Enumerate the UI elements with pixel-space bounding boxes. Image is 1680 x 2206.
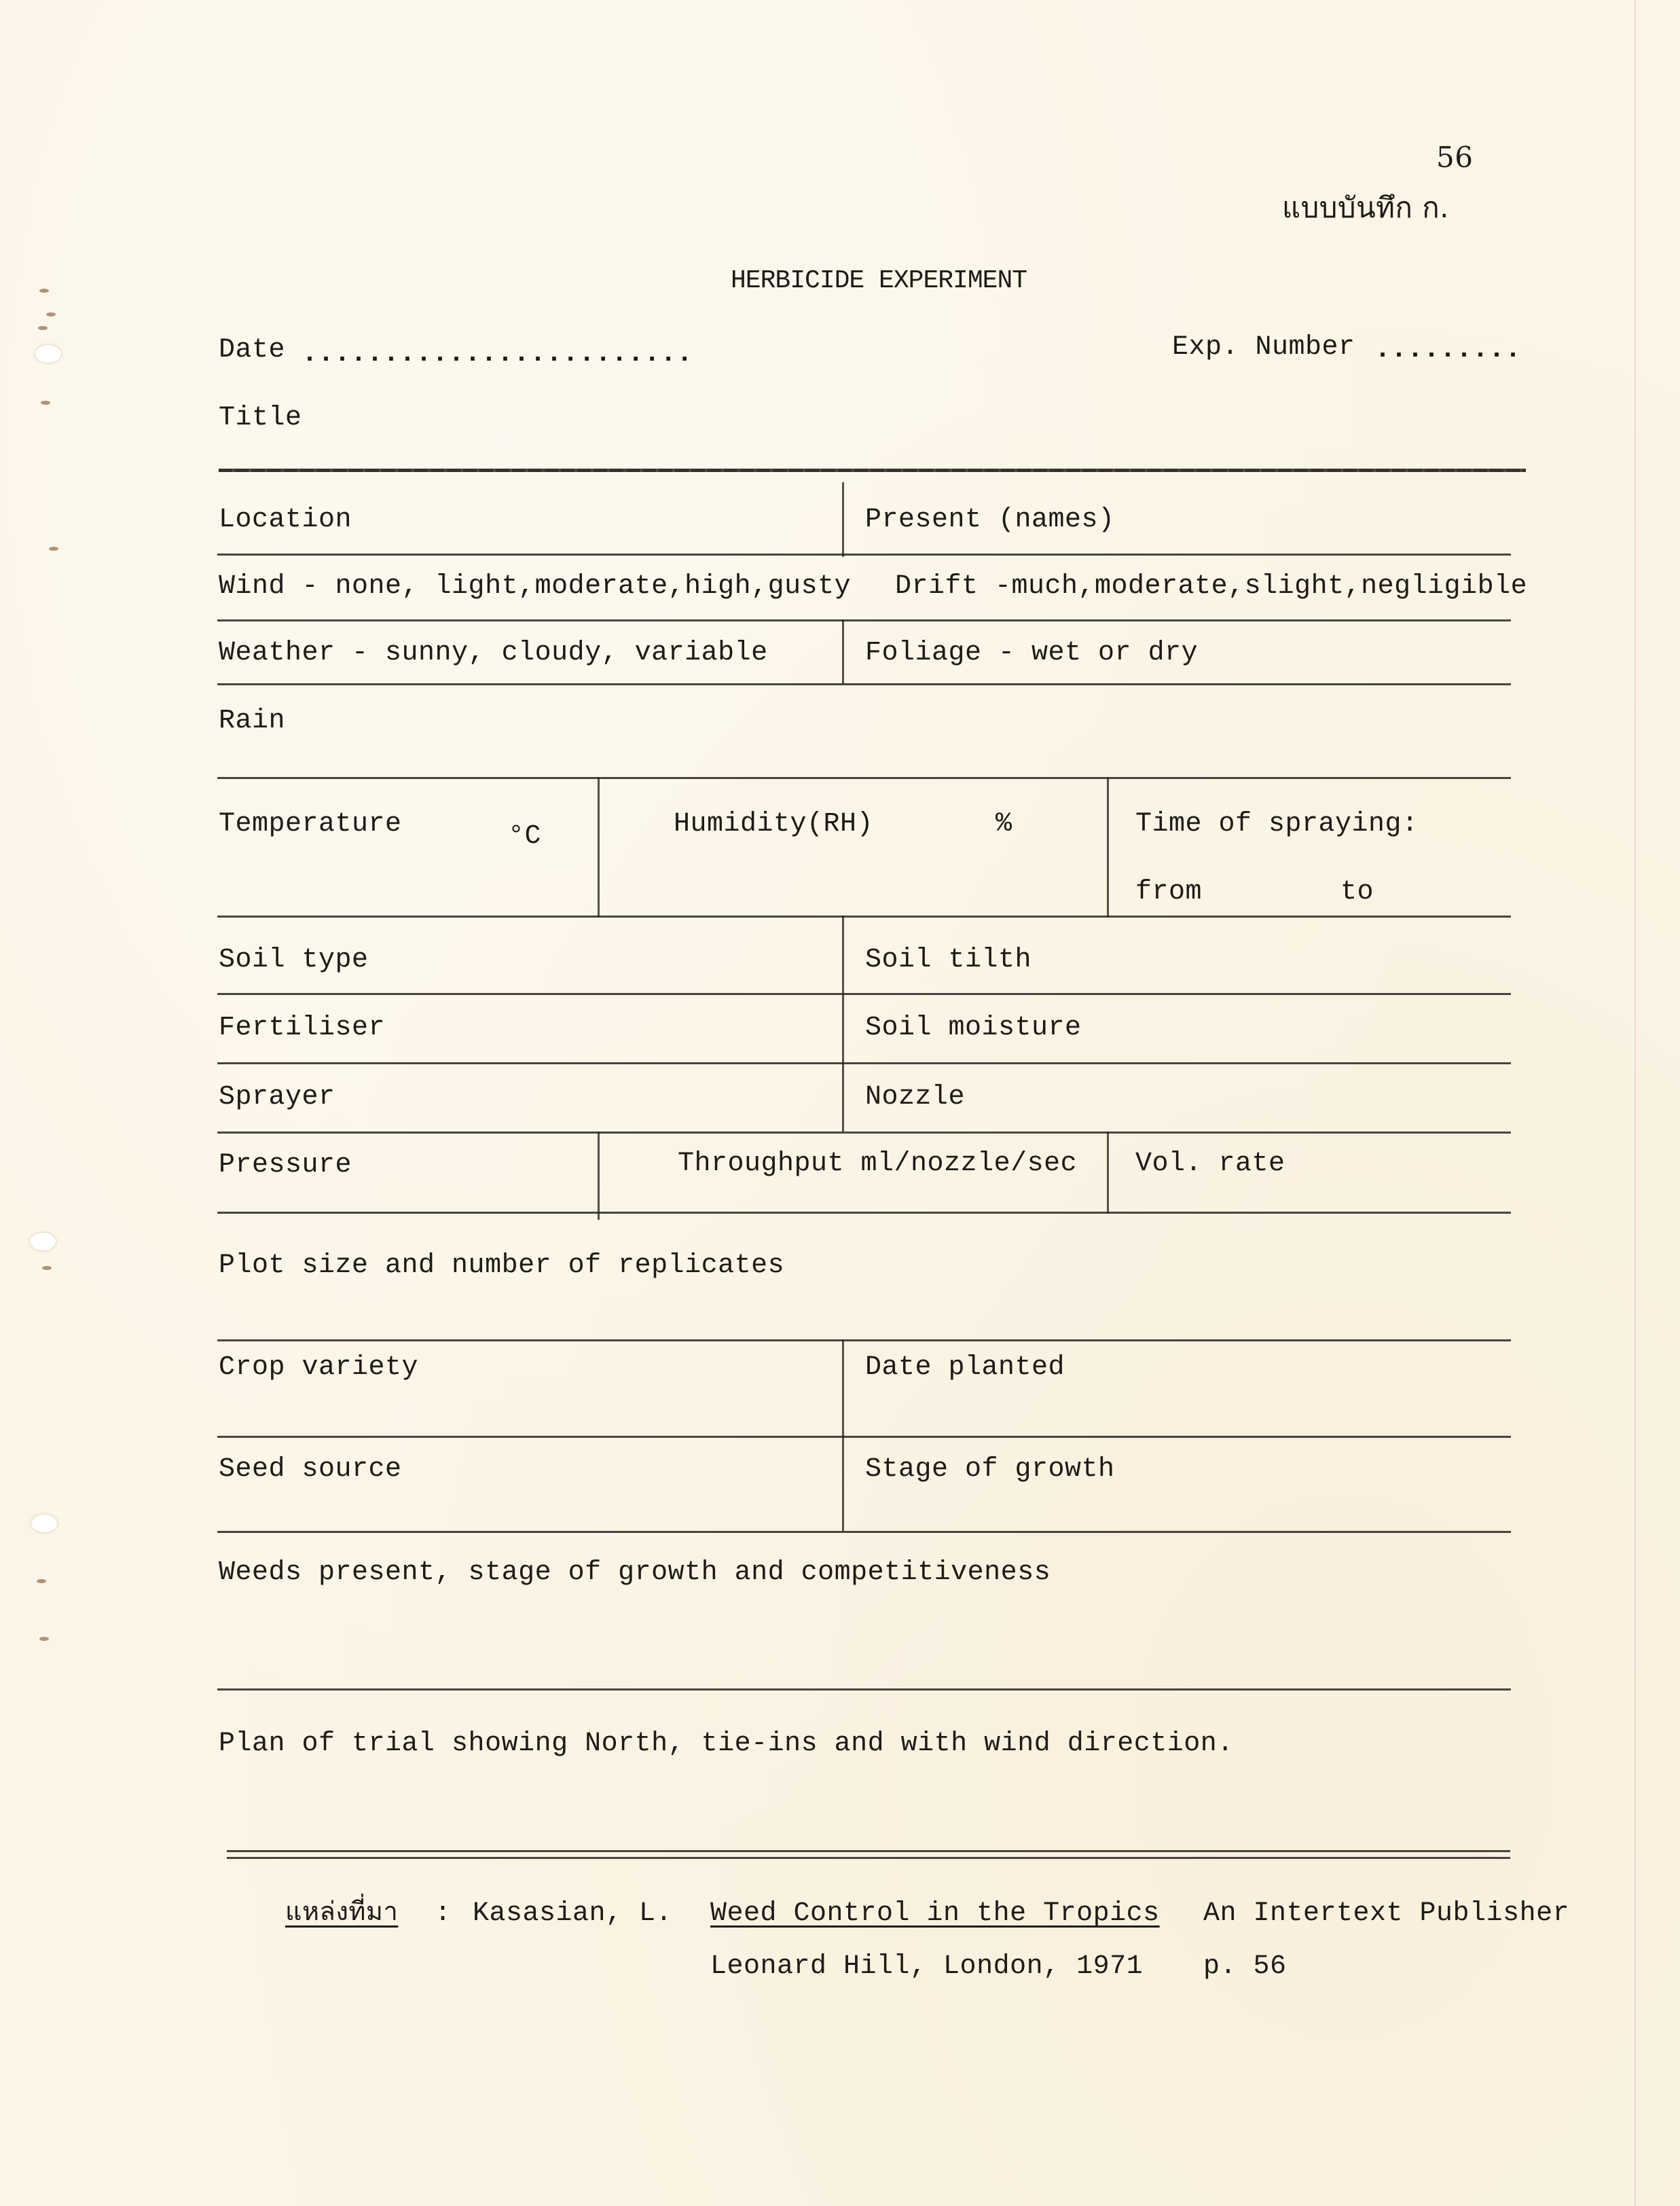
stage-of-growth-label: Stage of growth	[865, 1453, 1115, 1486]
source-page: p. 56	[1203, 1951, 1287, 1983]
temperature-unit: °C	[508, 820, 541, 853]
speck	[46, 312, 56, 317]
throughput-label: Throughput ml/nozzle/sec	[678, 1148, 1077, 1180]
scanned-page: 56 แบบบันทึก ก. HERBICIDE EXPERIMENT Dat…	[0, 0, 1680, 2206]
speck	[38, 326, 48, 330]
column-divider	[842, 916, 844, 1132]
humidity-label: Humidity(RH)	[674, 808, 873, 841]
source-divider-top	[227, 1850, 1510, 1852]
date-planted-label: Date planted	[865, 1352, 1065, 1384]
soil-tilth-label: Soil tilth	[865, 944, 1031, 977]
weeds-present-label: Weeds present, stage of growth and compe…	[219, 1557, 1051, 1589]
foliage-label: Foliage - wet or dry	[865, 637, 1198, 670]
time-to-label: to	[1340, 876, 1374, 909]
time-of-spraying-label: Time of spraying:	[1135, 808, 1419, 841]
row-divider	[217, 1688, 1511, 1690]
title-divider	[219, 469, 1526, 472]
title-label: Title	[219, 402, 302, 435]
row-divider	[217, 1436, 1511, 1438]
column-divider	[1107, 777, 1109, 917]
speck	[39, 289, 49, 293]
wind-label: Wind - none, light,moderate,high,gusty	[219, 571, 851, 603]
nozzle-label: Nozzle	[865, 1081, 965, 1114]
plot-size-label: Plot size and number of replicates	[219, 1250, 784, 1282]
source-author: Kasasian, L.	[473, 1898, 672, 1930]
row-divider	[217, 554, 1511, 556]
source-colon: :	[435, 1898, 452, 1930]
title-field[interactable]	[299, 397, 1521, 438]
punch-hole	[35, 345, 61, 363]
source-label: แหล่งที่มา	[285, 1895, 398, 1928]
speck	[39, 1637, 49, 1641]
row-divider	[217, 777, 1511, 779]
column-divider	[842, 1339, 844, 1531]
document-title: HERBICIDE EXPERIMENT	[731, 265, 1027, 297]
plan-of-trial-label: Plan of trial showing North, tie-ins and…	[219, 1728, 1234, 1760]
soil-moisture-label: Soil moisture	[865, 1012, 1082, 1045]
source-publisher: An Intertext Publisher	[1203, 1898, 1569, 1930]
source-book-title: Weed Control in the Tropics	[710, 1898, 1160, 1930]
speck	[37, 1579, 46, 1583]
weather-label: Weather - sunny, cloudy, variable	[219, 637, 768, 670]
location-label: Location	[219, 504, 352, 537]
row-divider	[217, 1212, 1511, 1214]
column-divider	[598, 777, 600, 917]
exp-number-label: Exp. Number	[1172, 331, 1355, 364]
date-field[interactable]: ........................	[302, 338, 693, 371]
temperature-label: Temperature	[219, 808, 402, 841]
punch-hole	[31, 1515, 57, 1532]
row-divider	[217, 916, 1511, 918]
fertiliser-label: Fertiliser	[219, 1012, 385, 1045]
punch-hole	[30, 1233, 56, 1250]
drift-label: Drift -much,moderate,slight,negligible	[895, 571, 1527, 603]
humidity-unit: %	[996, 808, 1012, 841]
speck	[42, 1266, 52, 1270]
exp-number-field[interactable]: .........	[1374, 334, 1521, 367]
soil-type-label: Soil type	[219, 944, 369, 977]
column-divider	[1107, 1132, 1109, 1213]
margin-line	[1635, 0, 1636, 2206]
row-divider	[217, 619, 1511, 621]
row-divider	[217, 1531, 1511, 1533]
date-label: Date	[219, 334, 285, 367]
rain-label: Rain	[219, 705, 285, 738]
row-divider	[217, 993, 1511, 995]
row-divider	[217, 1339, 1511, 1341]
column-divider	[842, 482, 844, 557]
vol-rate-label: Vol. rate	[1135, 1148, 1285, 1180]
sprayer-label: Sprayer	[219, 1081, 335, 1114]
speck	[49, 547, 58, 551]
speck	[41, 401, 50, 405]
column-divider	[842, 619, 844, 684]
pressure-label: Pressure	[219, 1149, 352, 1182]
row-divider	[217, 1062, 1511, 1064]
row-divider	[217, 1132, 1511, 1134]
seed-source-label: Seed source	[219, 1453, 402, 1486]
source-divider-bottom	[227, 1857, 1510, 1859]
column-divider	[598, 1132, 600, 1220]
time-from-label: from	[1135, 876, 1202, 909]
page-number: 56	[1436, 141, 1473, 174]
form-label: แบบบันทึก ก.	[1282, 192, 1449, 224]
source-imprint: Leonard Hill, London, 1971	[710, 1951, 1143, 1983]
present-label: Present (names)	[865, 504, 1115, 537]
crop-variety-label: Crop variety	[219, 1352, 418, 1384]
row-divider	[217, 683, 1511, 685]
